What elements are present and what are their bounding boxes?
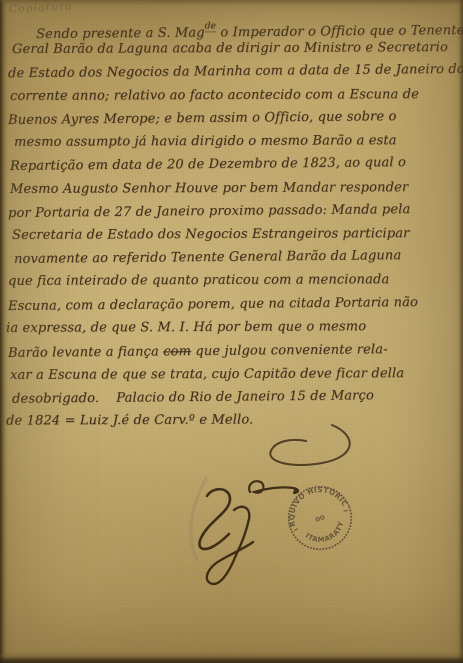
stamp-left-dash <box>294 529 298 531</box>
line-text: Sendo presente a S. Mag <box>36 25 205 42</box>
stamp-center-text: DO <box>315 515 326 524</box>
manuscript-line: que fica inteirado de quanto praticou co… <box>8 272 389 290</box>
pencil-stroke <box>191 478 206 560</box>
signature-flourish <box>270 425 349 465</box>
manuscript-line: Barão levante a fiança com que julgou co… <box>8 342 388 362</box>
line-text: o Imperador o Officio que o Tenente <box>216 23 463 40</box>
manuscript-line: ia expressa, de que S. M. I. Há por bem … <box>6 319 366 337</box>
manuscript-line: Secretaria de Estado dos Negocios Estran… <box>12 226 410 244</box>
manuscript-line: Geral Barão da Laguna acaba de dirigir a… <box>12 40 448 58</box>
manuscript-line: Escuna, com a declaração porem, que na c… <box>8 295 418 315</box>
page-edge-right <box>458 0 463 663</box>
manuscript-line: de 1824 = Luiz J.é de Carv.º e Mello. <box>6 412 253 429</box>
superscript-abbreviation: de <box>205 21 216 32</box>
manuscript-line: por Portaria de 27 de Janeiro proximo pa… <box>8 202 411 222</box>
manuscript-line: de Estado dos Negocios da Marinha com a … <box>8 62 463 82</box>
line-text: Barão levante a fiança <box>8 344 163 360</box>
archive-stamp: ARQUIVO HISTÓRICO ITAMARATY DO <box>276 474 364 562</box>
pencil-annotation: Copiatura <box>9 1 73 16</box>
manuscript-line: corrente anno; relativo ao facto acontec… <box>10 87 419 105</box>
manuscript-line: Repartição em data de 20 de Dezembro de … <box>10 155 406 175</box>
manuscript-line: Mesmo Augusto Senhor Houve por bem Manda… <box>10 180 408 198</box>
manuscript-line: xar a Escuna de que se trata, cujo Capit… <box>10 366 404 384</box>
manuscript-line: Sendo presente a S. Magde o Imperador o … <box>36 16 463 43</box>
page-edge-bottom <box>0 652 463 663</box>
manuscript-line: Buenos Ayres Merope; e bem assim o Offic… <box>8 109 397 129</box>
stamp-arc-bottom-text: ITAMARATY <box>302 518 350 550</box>
manuscript-line: mesmo assumpto já havia dirigido o mesmo… <box>14 133 397 151</box>
line-text: que julgou conveniente rela- <box>191 342 388 359</box>
struck-word: com <box>163 344 191 359</box>
manuscript-page: Copiatura Sendo presente a S. Magde o Im… <box>0 0 463 663</box>
manuscript-line: novamente ao referido Tenente General Ba… <box>14 248 401 268</box>
manuscript-line: desobrigado. Palacio do Rio de Janeiro 1… <box>12 388 374 407</box>
svg-text:ITAMARATY: ITAMARATY <box>302 518 350 550</box>
stamp-right-dash <box>344 510 348 512</box>
